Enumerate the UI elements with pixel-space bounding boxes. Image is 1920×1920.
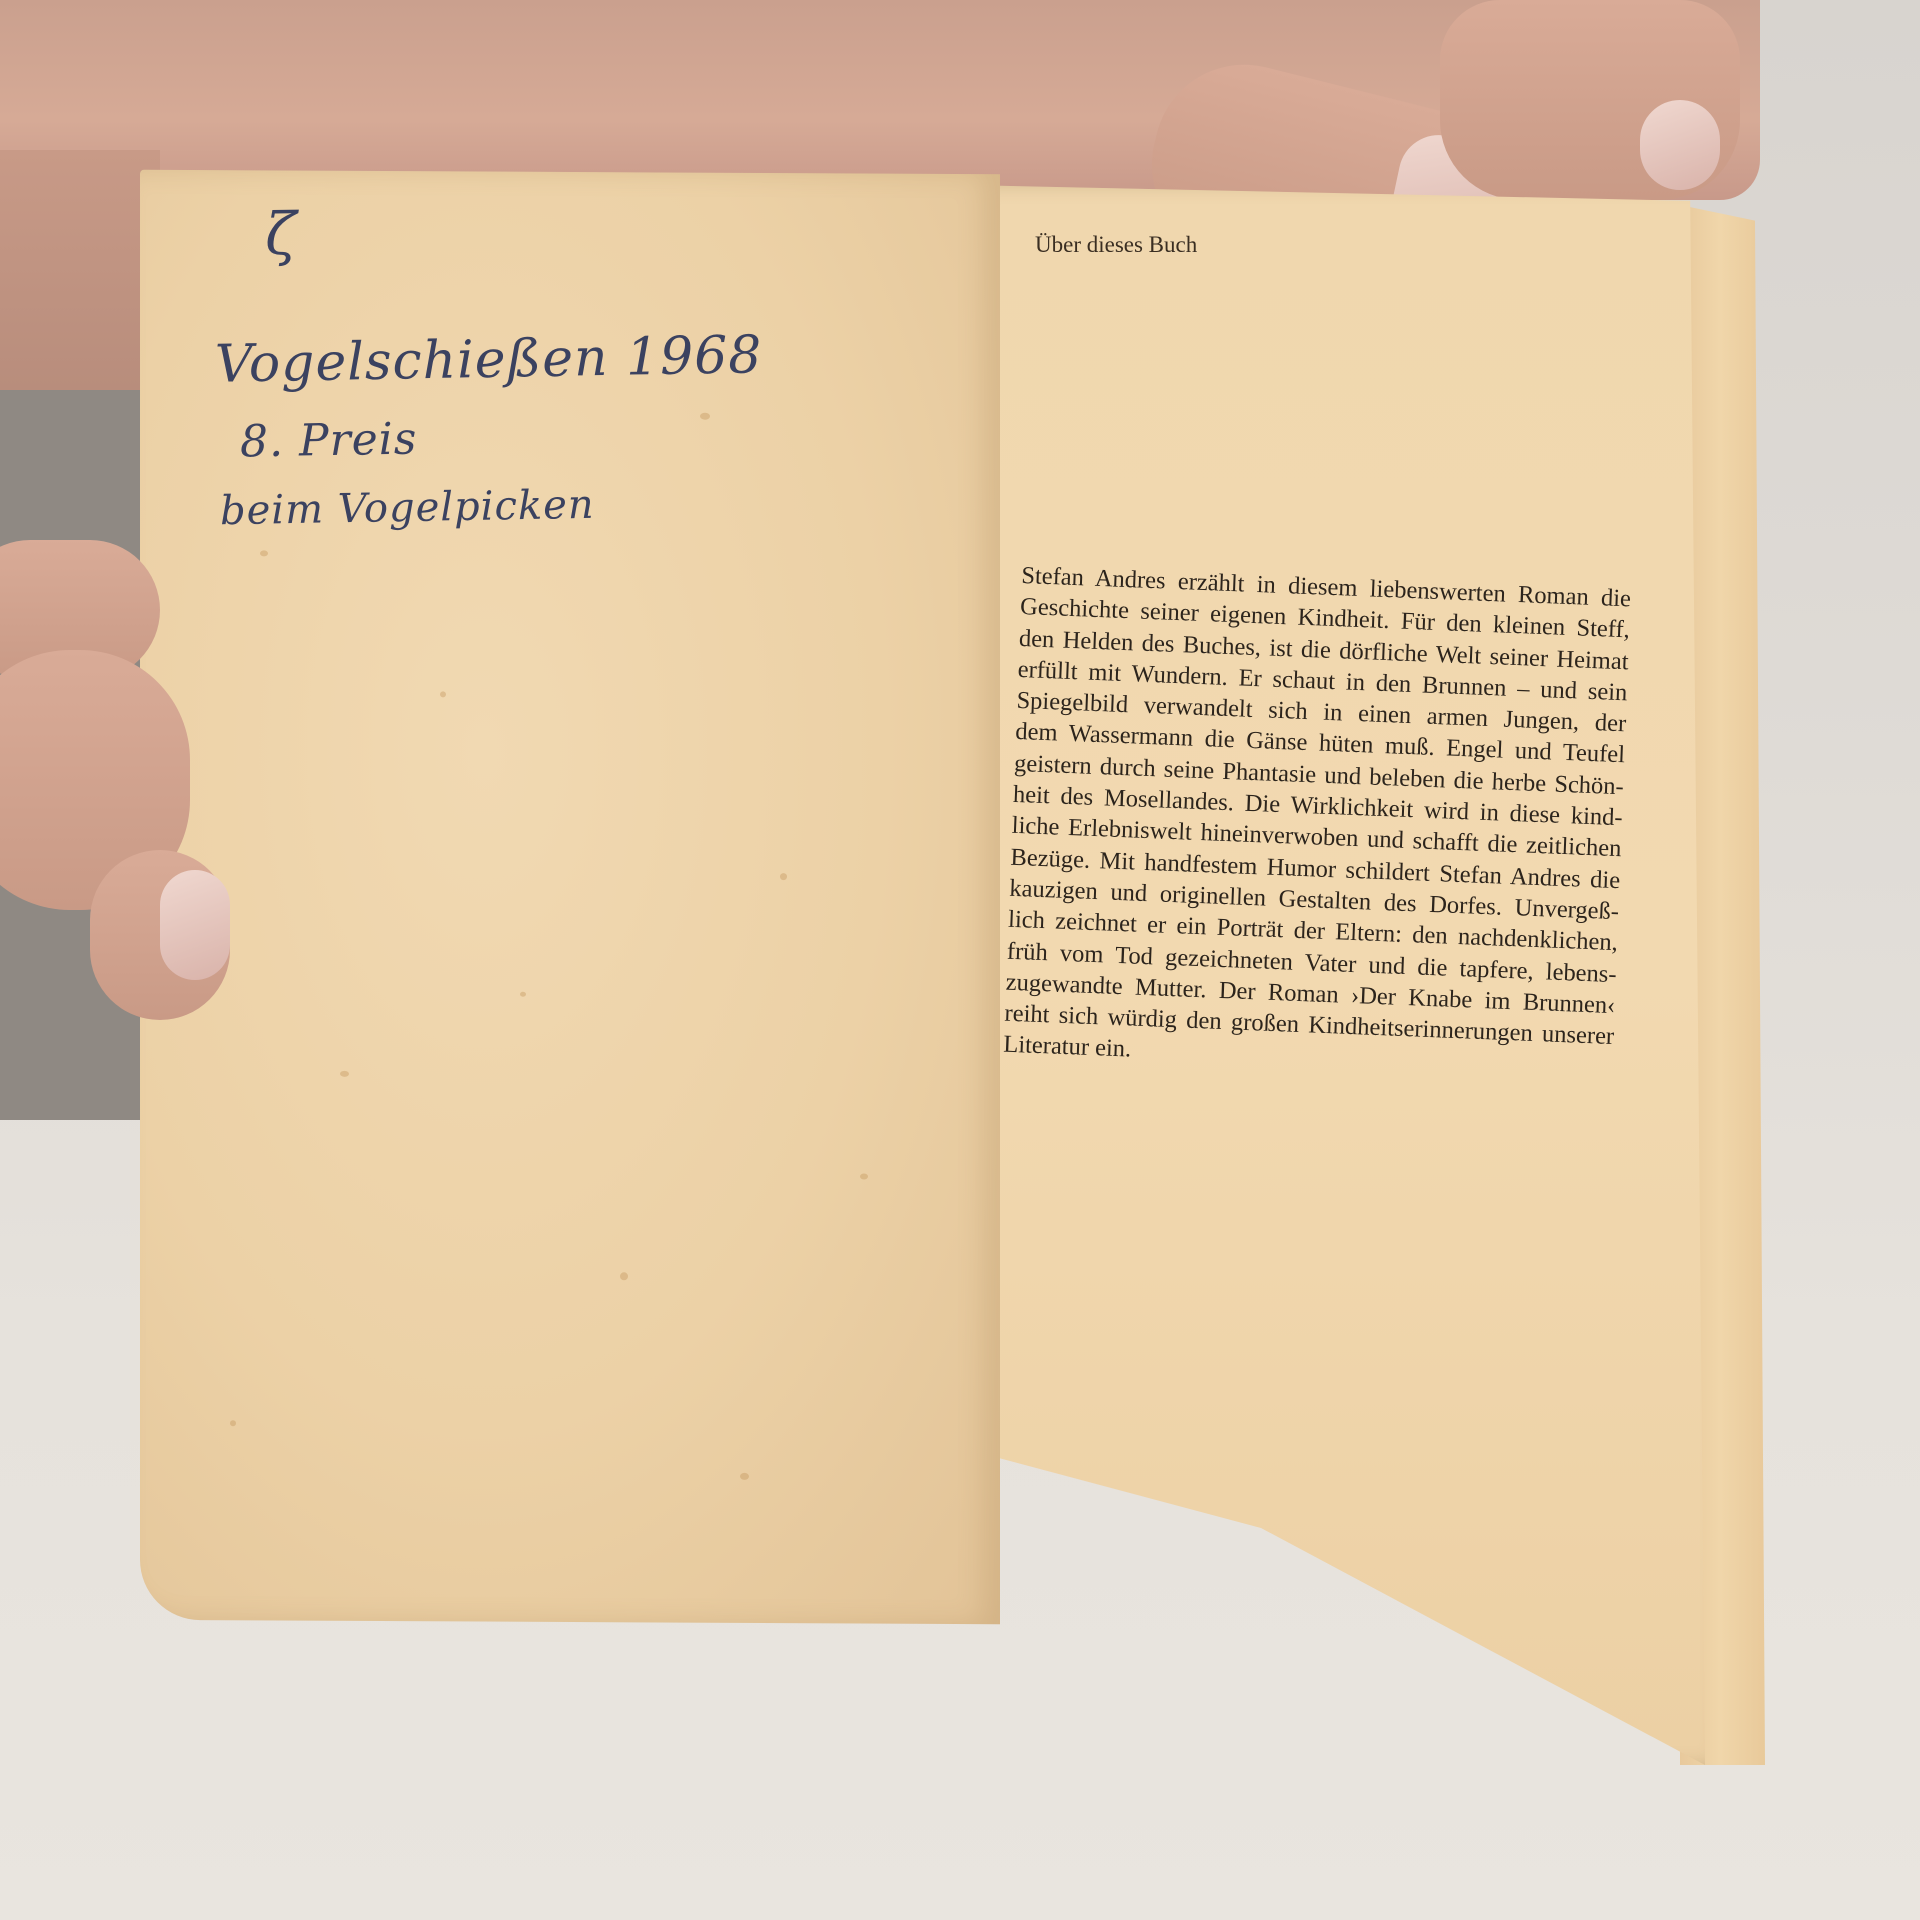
open-book: ζ Vogelschießen 1968 8. Preis beim Vogel… <box>0 0 1920 1920</box>
page-heading: Über dieses Buch <box>1035 232 1197 258</box>
left-thumb-nail <box>160 870 230 980</box>
handwritten-mark: ζ <box>264 200 298 269</box>
handwritten-line-1: Vogelschießen 1968 <box>215 325 763 395</box>
handwritten-line-3: beim Vogelpicken <box>220 482 595 535</box>
left-hand <box>0 540 230 1010</box>
handwritten-line-2: 8. Preis <box>240 413 418 467</box>
book-blurb: Stefan Andres erzählt in diesem liebensw… <box>1003 560 1632 1084</box>
